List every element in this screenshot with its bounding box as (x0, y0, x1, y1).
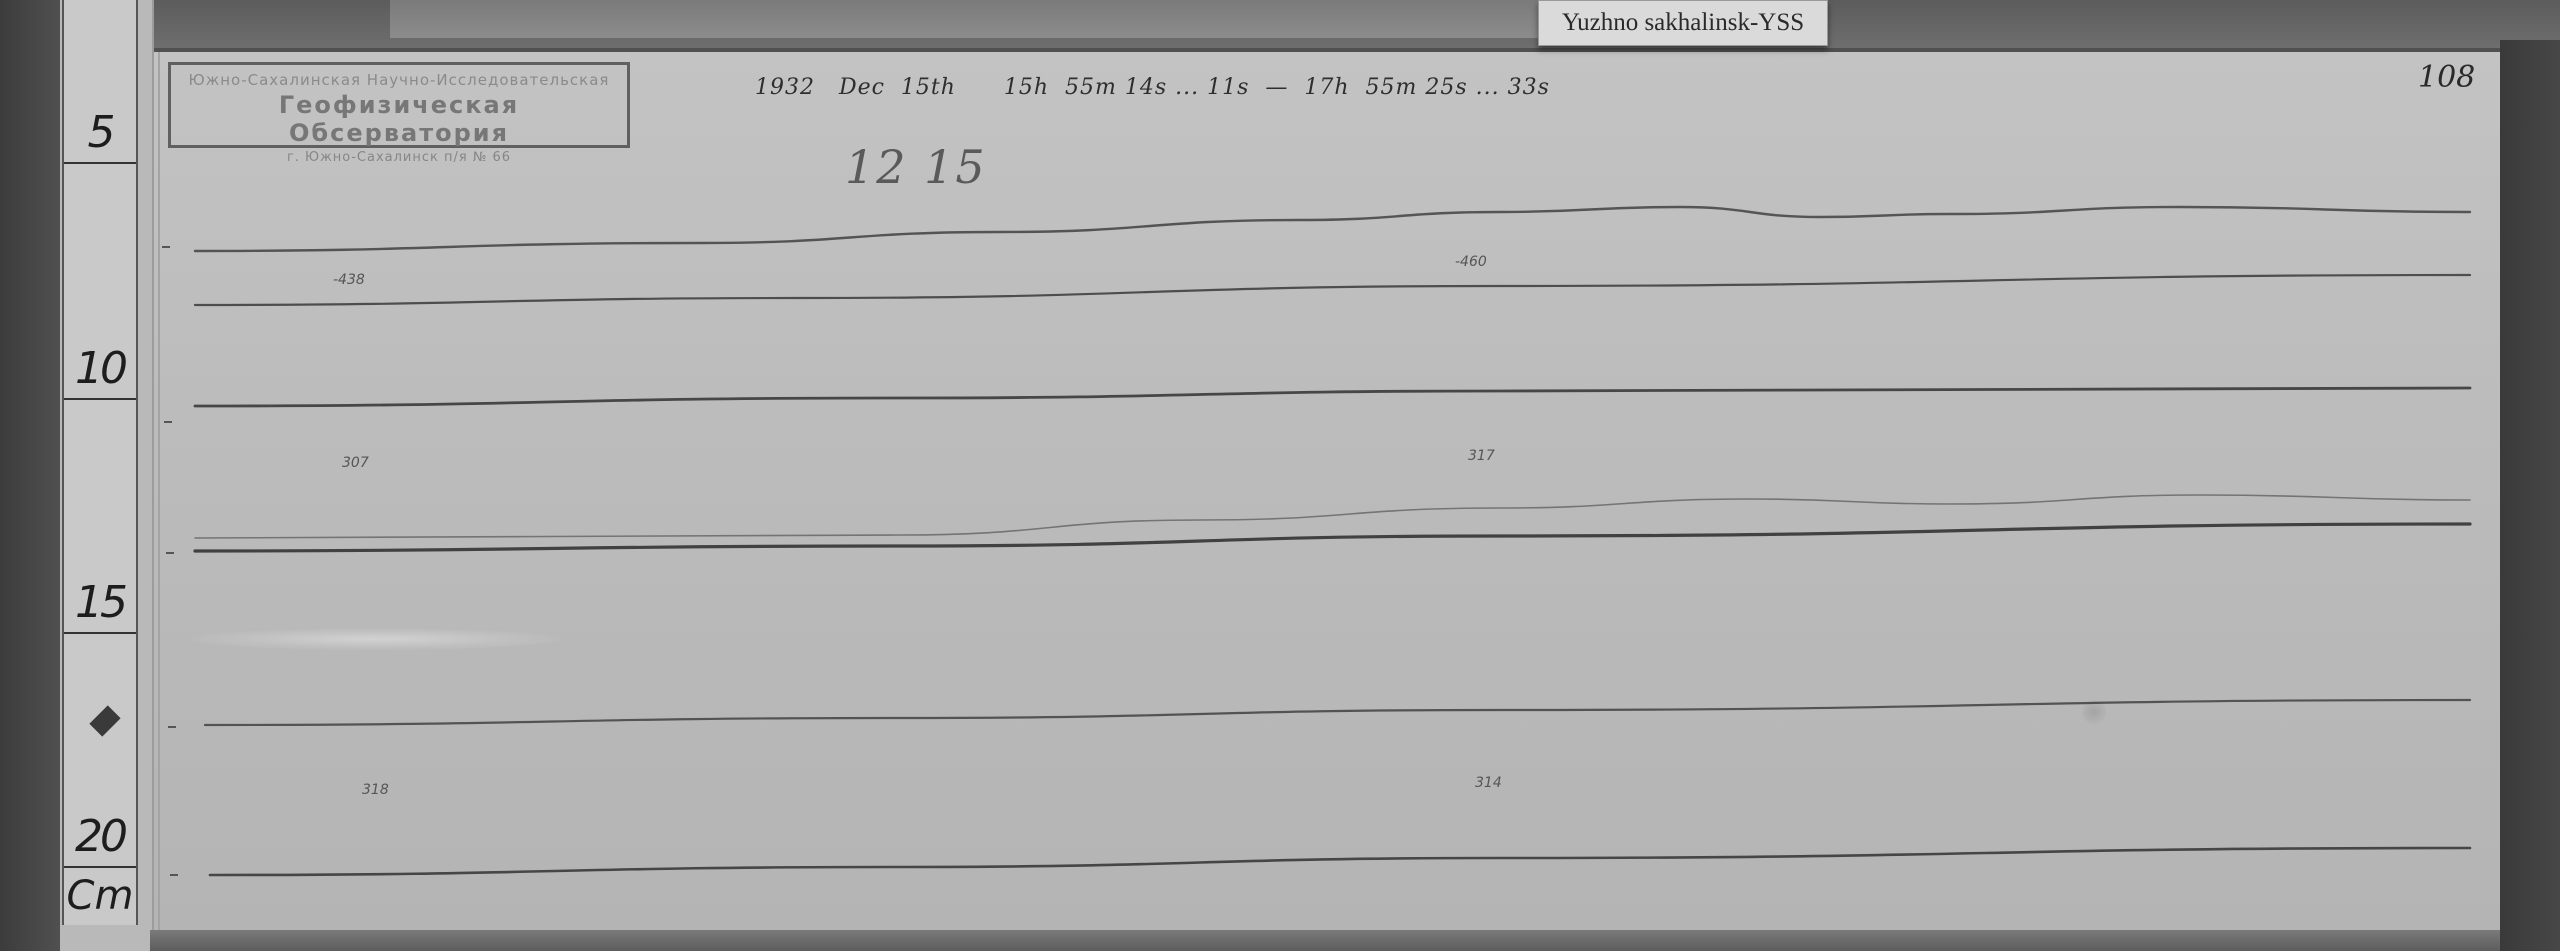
seismogram-traces (0, 0, 2560, 951)
trace-line-7 (210, 848, 2470, 875)
trace-line-3 (195, 388, 2470, 406)
trace-line-4 (195, 495, 2470, 538)
trace-line-5 (195, 524, 2470, 551)
trace-line-6 (205, 700, 2470, 725)
trace-line-2 (195, 275, 2470, 305)
trace-line-1 (195, 207, 2470, 251)
